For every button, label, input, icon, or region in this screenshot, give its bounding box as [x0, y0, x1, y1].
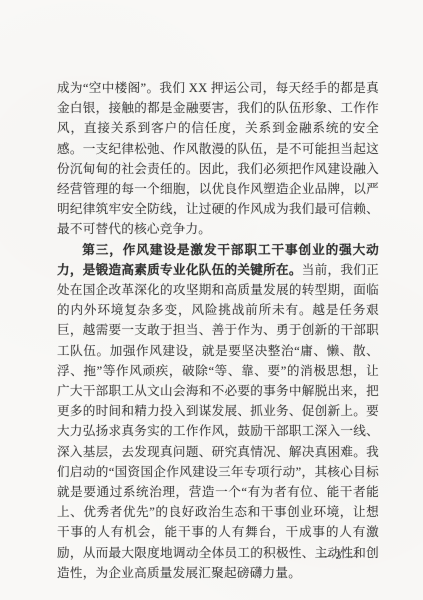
- paragraph: 第三，作风建设是激发干部职工干事创业的强大动力，是锻造高素质专业化队伍的关键所在…: [57, 240, 379, 583]
- body-text: 成为“空中楼阁”。我们 XX 押运公司，每天经手的都是真金白银，接触的都是金融要…: [57, 78, 379, 583]
- page-number: — 3 —: [316, 550, 362, 562]
- text-segment: 成为“空中楼阁”。我们 XX 押运公司，每天经手的都是真金白银，接触的都是金融要…: [57, 81, 379, 236]
- document-page: 成为“空中楼阁”。我们 XX 押运公司，每天经手的都是真金白银，接触的都是金融要…: [0, 0, 423, 600]
- paragraph: 成为“空中楼阁”。我们 XX 押运公司，每天经手的都是真金白银，接触的都是金融要…: [57, 78, 379, 240]
- text-segment: 当前，我们正处在国企改革深化的攻坚期和高质量发展的转型期，面临的内外环境复杂多变…: [57, 263, 379, 580]
